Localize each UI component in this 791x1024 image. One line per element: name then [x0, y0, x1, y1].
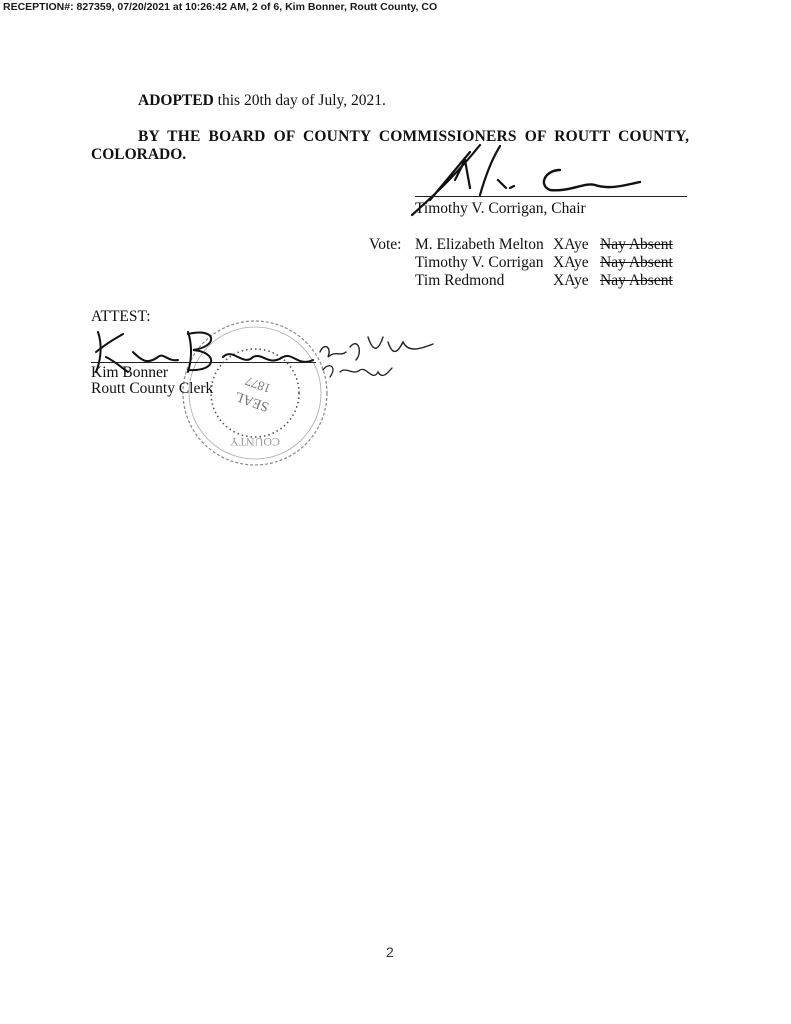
vote-row-name: Timothy V. Corrigan [415, 254, 543, 272]
clerk-signature-line [91, 362, 316, 363]
vote-row-name: M. Elizabeth Melton [415, 236, 544, 254]
vote-row-name: Tim Redmond [415, 272, 504, 290]
page-number: 2 [386, 944, 394, 960]
adopted-text: this 20th day of July, 2021. [214, 92, 386, 109]
adopted-label: ADOPTED [138, 92, 214, 109]
chair-name-title: Timothy V. Corrigan, Chair [415, 200, 586, 218]
vote-row-aye: XAye [553, 272, 589, 290]
svg-text:COUNTY: COUNTY [230, 435, 280, 449]
vote-label: Vote: [369, 236, 401, 254]
board-line-2: COLORADO. [91, 146, 186, 164]
vote-row-nay-absent: Nay Absent [600, 254, 673, 272]
clerk-title: Routt County Clerk [91, 380, 213, 398]
vote-row-aye: XAye [553, 236, 589, 254]
vote-row-nay-absent: Nay Absent [600, 272, 673, 290]
vote-row-aye: XAye [553, 254, 589, 272]
chair-signature-line [415, 196, 687, 197]
reception-stamp: RECEPTION#: 827359, 07/20/2021 at 10:26:… [3, 1, 437, 13]
adopted-line: ADOPTED this 20th day of July, 2021. [138, 92, 386, 110]
vote-row-nay-absent: Nay Absent [600, 236, 673, 254]
